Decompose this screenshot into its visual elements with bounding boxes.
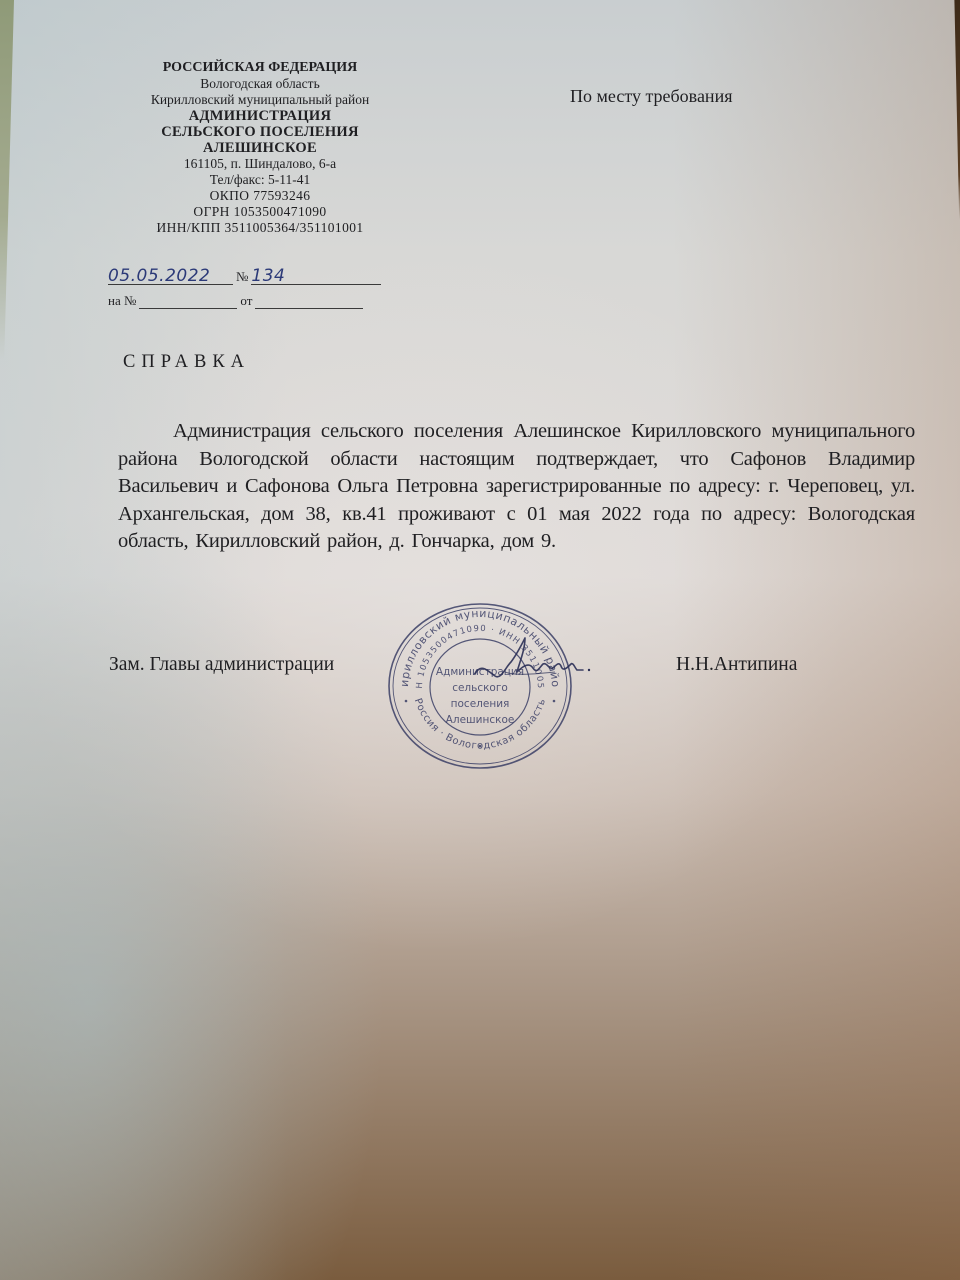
- letterhead-org-line2: СЕЛЬСКОГО ПОСЕЛЕНИЯ: [105, 124, 415, 140]
- reference-date-field: 05.05.2022: [108, 266, 233, 285]
- letterhead-okpo: ОКПО 77593246: [105, 188, 415, 204]
- document-body: Администрация сельского поселения Алешин…: [118, 418, 915, 556]
- reference-date-number-row: 05.05.2022 № 134: [108, 266, 383, 285]
- letterhead-inn-kpp: ИНН/КПП 3511005364/351101001: [105, 220, 415, 236]
- reply-to-label: на №: [108, 293, 139, 309]
- addressee: По месту требования: [570, 86, 732, 107]
- signer-position: Зам. Главы администрации: [109, 654, 334, 676]
- reference-number-label: №: [233, 269, 251, 285]
- letterhead-district: Кирилловский муниципальный район: [105, 92, 415, 108]
- signer-name: Н.Н.Антипина: [676, 654, 797, 676]
- reply-to-field: [139, 290, 237, 309]
- signature-icon: [455, 632, 595, 692]
- letterhead-region: Вологодская область: [105, 76, 415, 92]
- reference-date: 05.05.2022: [108, 266, 210, 286]
- letterhead-org-line1: АДМИНИСТРАЦИЯ: [105, 108, 415, 124]
- reference-number-field: 134: [251, 266, 381, 285]
- letterhead: РОССИЙСКАЯ ФЕДЕРАЦИЯ Вологодская область…: [105, 60, 415, 236]
- stamp-center-line4: Алешинское: [446, 714, 515, 726]
- letterhead-phone: Тел/факс: 5-11-41: [105, 172, 415, 188]
- from-label: от: [237, 293, 255, 309]
- letterhead-country: РОССИЙСКАЯ ФЕДЕРАЦИЯ: [105, 60, 415, 76]
- from-field: [255, 290, 363, 309]
- document-title: СПРАВКА: [123, 352, 250, 373]
- reference-number: 134: [251, 266, 285, 286]
- reference-reply-row: на № от: [108, 290, 383, 309]
- stamp-center-line3: поселения: [451, 698, 510, 710]
- letterhead-org-line3: АЛЕШИНСКОЕ: [105, 140, 415, 156]
- letterhead-ogrn: ОГРН 1053500471090: [105, 204, 415, 220]
- letterhead-address: 161105, п. Шиндалово, 6-а: [105, 156, 415, 172]
